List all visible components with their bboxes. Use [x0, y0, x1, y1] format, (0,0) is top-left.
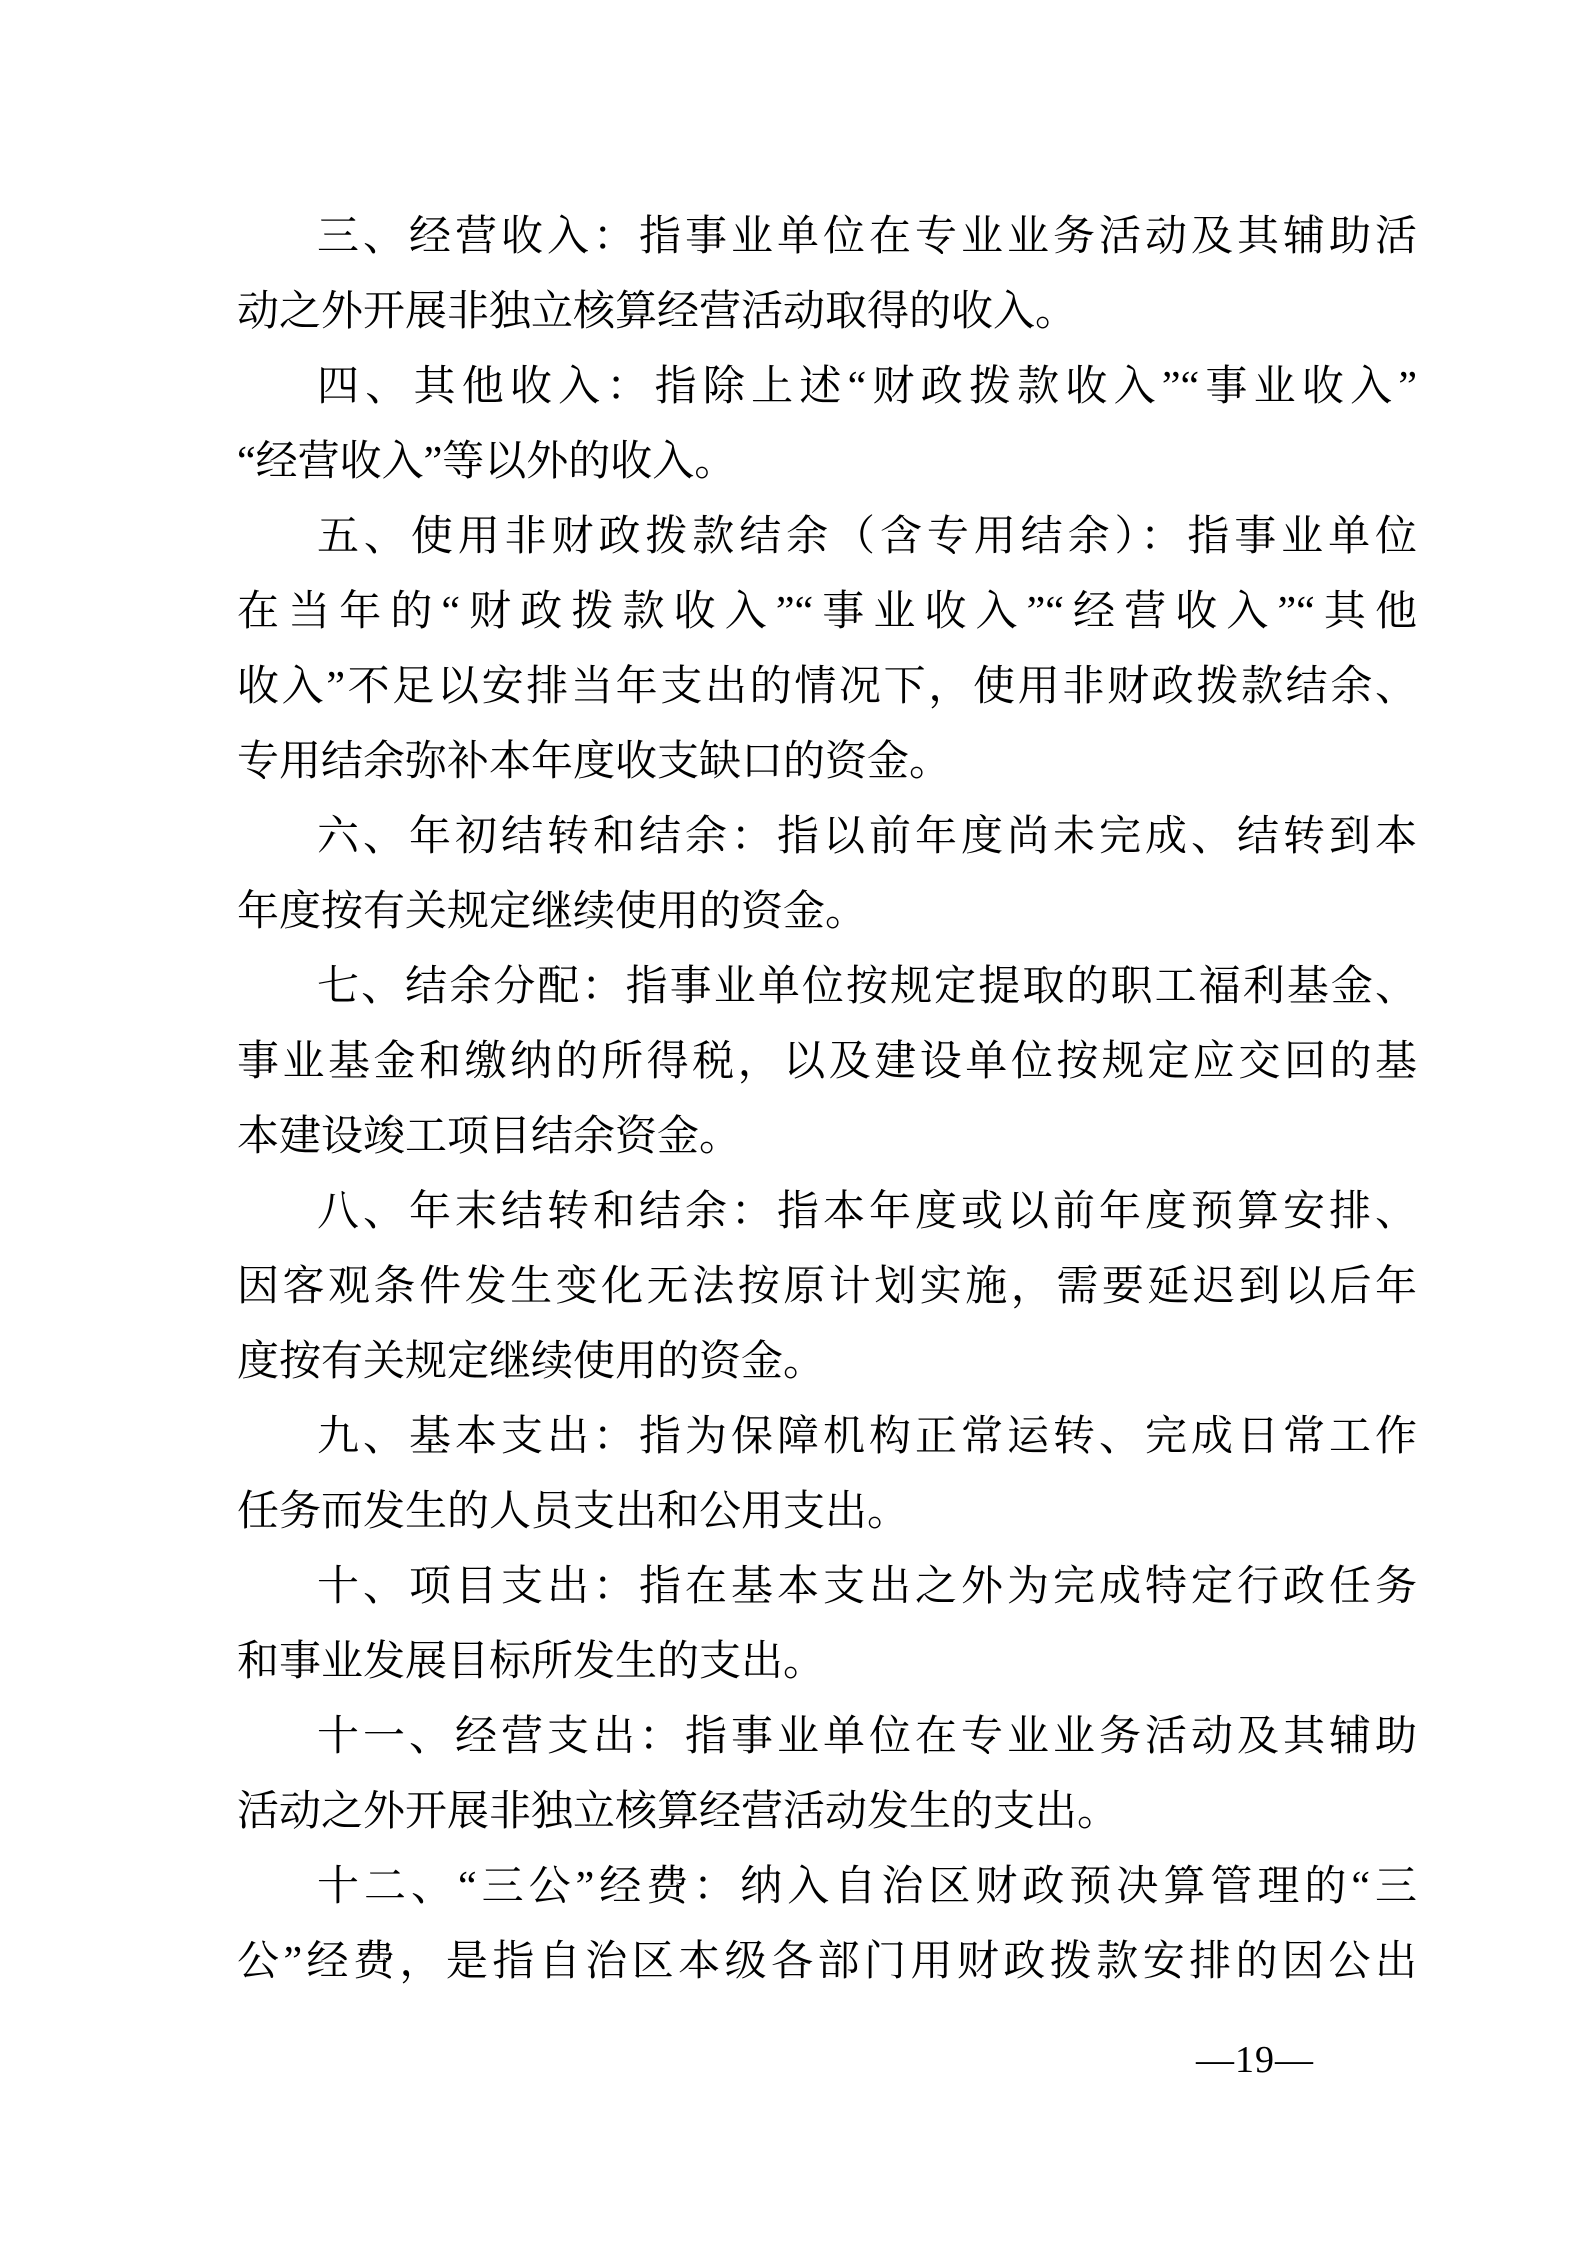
- document-page: 三、经营收入：指事业单位在专业业务活动及其辅助活 动之外开展非独立核算经营活动取…: [0, 0, 1587, 2245]
- text-line: 动之外开展非独立核算经营活动取得的收入。: [237, 275, 1417, 350]
- text-line: 十、项目支出：指在基本支出之外为完成特定行政任务: [237, 1550, 1417, 1625]
- text-line: “经营收入”等以外的收入。: [237, 425, 1417, 500]
- text-line: 五、使用非财政拨款结余（含专用结余）：指事业单位: [237, 500, 1417, 575]
- text-line: 在当年的“财政拨款收入”“事业收入”“经营收入”“其他: [237, 575, 1417, 650]
- text-line: 八、年末结转和结余：指本年度或以前年度预算安排、: [237, 1175, 1417, 1250]
- text-line: 年度按有关规定继续使用的资金。: [237, 875, 1417, 950]
- text-line: 专用结余弥补本年度收支缺口的资金。: [237, 725, 1417, 800]
- text-line: 收入”不足以安排当年支出的情况下，使用非财政拨款结余、: [237, 650, 1417, 725]
- text-line: 公”经费，是指自治区本级各部门用财政拨款安排的因公出: [237, 1925, 1417, 2000]
- page-number: —19—: [1145, 2038, 1365, 2082]
- text-line: 本建设竣工项目结余资金。: [237, 1100, 1417, 1175]
- text-line: 四、其他收入：指除上述“财政拨款收入”“事业收入”: [237, 350, 1417, 425]
- text-line: 事业基金和缴纳的所得税，以及建设单位按规定应交回的基: [237, 1025, 1417, 1100]
- text-line: 因客观条件发生变化无法按原计划实施，需要延迟到以后年: [237, 1250, 1417, 1325]
- body-text: 三、经营收入：指事业单位在专业业务活动及其辅助活 动之外开展非独立核算经营活动取…: [237, 200, 1417, 2000]
- text-line: 七、结余分配：指事业单位按规定提取的职工福利基金、: [237, 950, 1417, 1025]
- text-line: 三、经营收入：指事业单位在专业业务活动及其辅助活: [237, 200, 1417, 275]
- text-line: 任务而发生的人员支出和公用支出。: [237, 1475, 1417, 1550]
- text-line: 和事业发展目标所发生的支出。: [237, 1625, 1417, 1700]
- text-line: 活动之外开展非独立核算经营活动发生的支出。: [237, 1775, 1417, 1850]
- text-line: 九、基本支出：指为保障机构正常运转、完成日常工作: [237, 1400, 1417, 1475]
- text-line: 十二、“三公”经费：纳入自治区财政预决算管理的“三: [237, 1850, 1417, 1925]
- text-line: 度按有关规定继续使用的资金。: [237, 1325, 1417, 1400]
- text-line: 六、年初结转和结余：指以前年度尚未完成、结转到本: [237, 800, 1417, 875]
- text-line: 十一、经营支出：指事业单位在专业业务活动及其辅助: [237, 1700, 1417, 1775]
